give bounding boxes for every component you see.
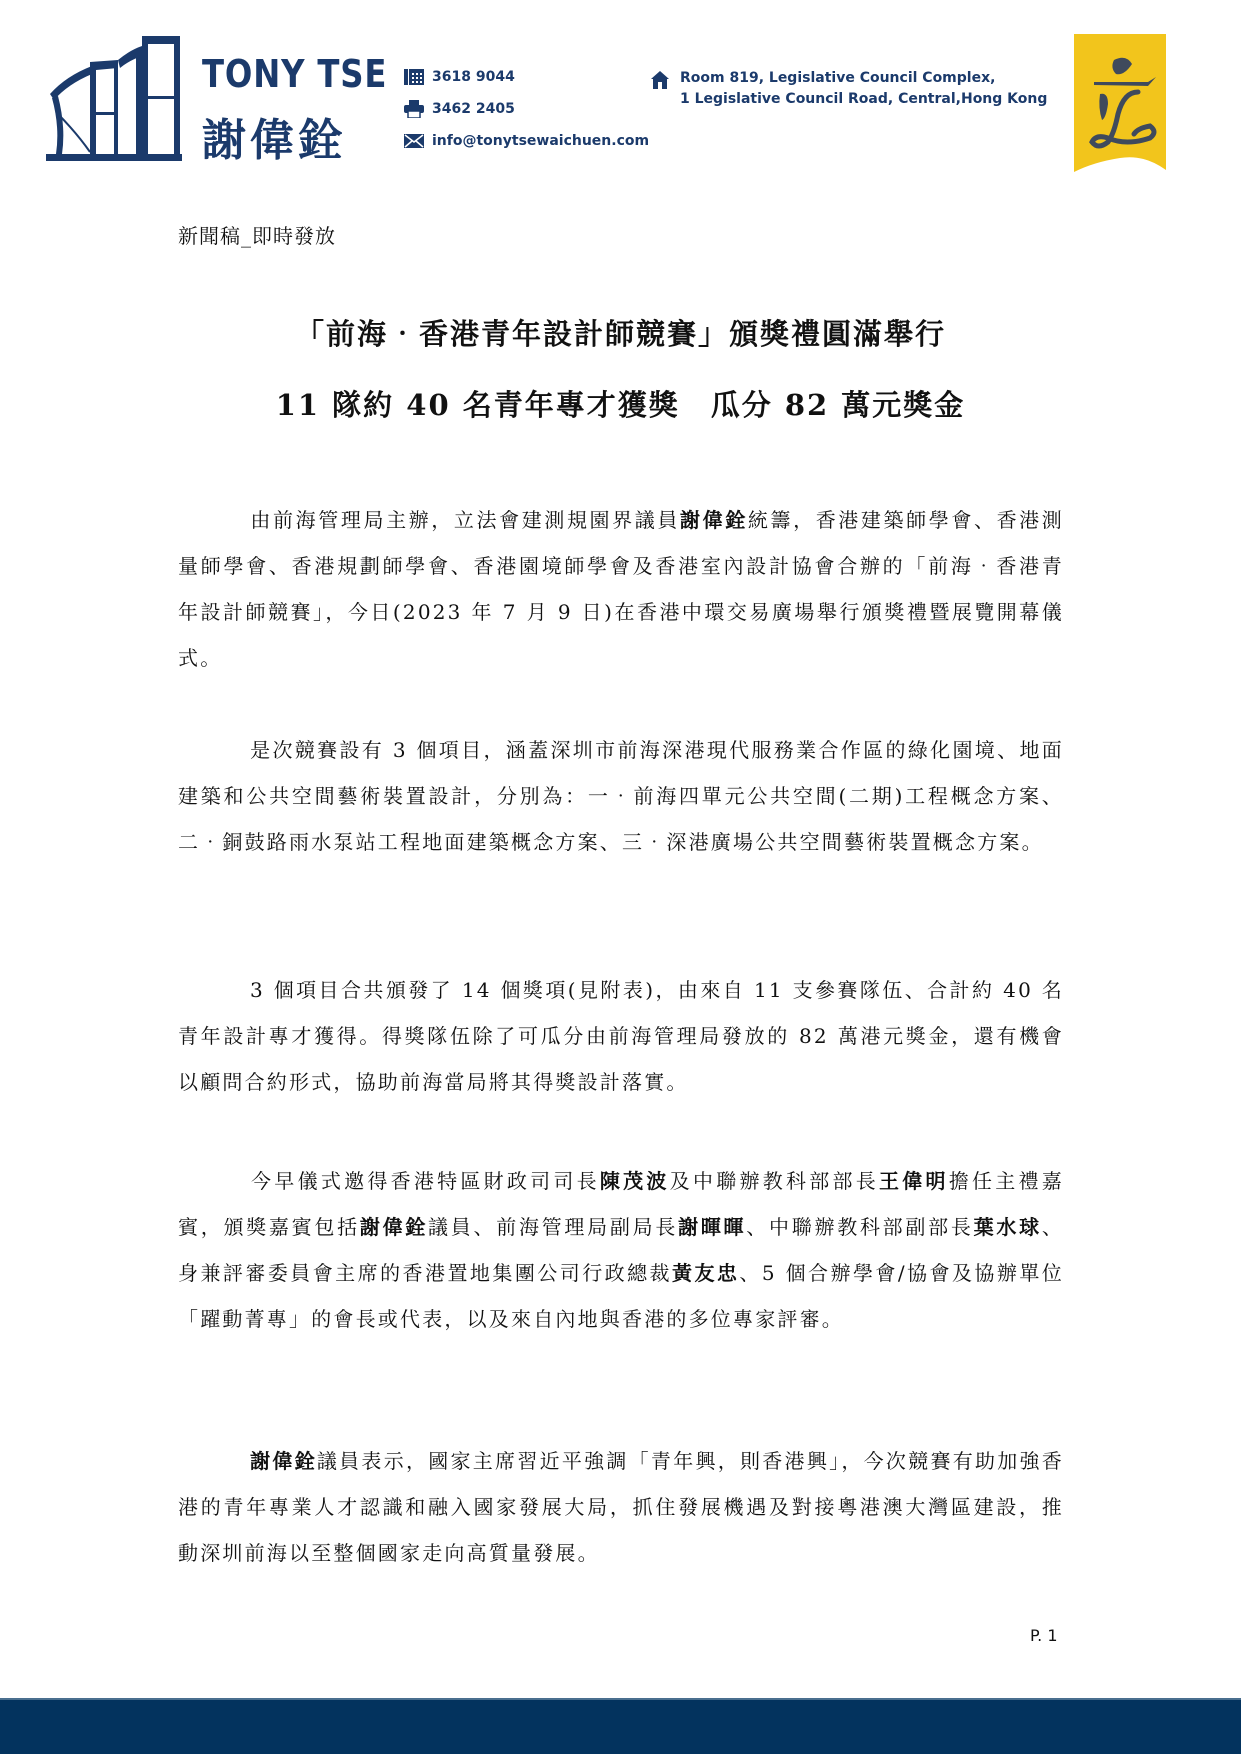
home-icon xyxy=(650,70,670,90)
footer-bar xyxy=(0,1698,1241,1754)
email-contact: info@tonytsewaichuen.com xyxy=(404,132,649,150)
paragraph-awards: 3 個項目合共頒發了 14 個獎項(見附表)，由來自 11 支參賽隊伍、合計約 … xyxy=(178,967,1064,1105)
headline-secondary: 11 隊約 40 名青年專才獲獎 瓜分 82 萬元獎金 xyxy=(0,383,1241,424)
email-icon xyxy=(404,132,424,150)
paragraph-quote: 謝偉銓議員表示，國家主席習近平強調「青年興，則香港興」，今次競賽有助加強香港的青… xyxy=(178,1438,1064,1576)
address-line-2: 1 Legislative Council Road, Central,Hong… xyxy=(680,89,1047,110)
paragraph-competition-projects: 是次競賽設有 3 個項目，涵蓋深圳市前海深港現代服務業合作區的綠化園境、地面建築… xyxy=(178,727,1064,865)
paragraph-intro: 由前海管理局主辦，立法會建測規園界議員謝偉銓統籌，香港建築師學會、香港測量師學會… xyxy=(178,497,1064,681)
phone-contact: 3618 9044 xyxy=(404,68,515,86)
page-number: P. 1 xyxy=(1030,1626,1058,1645)
release-tag: 新聞稿_即時發放 xyxy=(178,220,336,249)
legco-emblem-icon xyxy=(1074,34,1166,172)
building-logo-icon xyxy=(46,32,186,162)
email-link[interactable]: info@tonytsewaichuen.com xyxy=(432,133,649,149)
letterhead: TONY TSE 謝偉銓 3618 9044 3462 2405 info@to… xyxy=(0,0,1241,180)
phone-number[interactable]: 3618 9044 xyxy=(432,69,515,85)
fax-contact: 3462 2405 xyxy=(404,100,515,118)
office-address: Room 819, Legislative Council Complex, 1… xyxy=(650,68,1047,110)
brand-name-english: TONY TSE xyxy=(202,52,387,96)
phone-icon xyxy=(404,68,424,86)
fax-number: 3462 2405 xyxy=(432,101,515,117)
brand-name-chinese: 謝偉銓 xyxy=(202,104,346,168)
address-line-1: Room 819, Legislative Council Complex, xyxy=(680,68,1047,89)
fax-icon xyxy=(404,100,424,118)
headline-primary: 「前海‧香港青年設計師競賽」頒獎禮圓滿舉行 xyxy=(0,312,1241,353)
paragraph-guests: 今早儀式邀得香港特區財政司司長陳茂波及中聯辦教科部部長王偉明擔任主禮嘉賓，頒獎嘉… xyxy=(178,1158,1064,1342)
